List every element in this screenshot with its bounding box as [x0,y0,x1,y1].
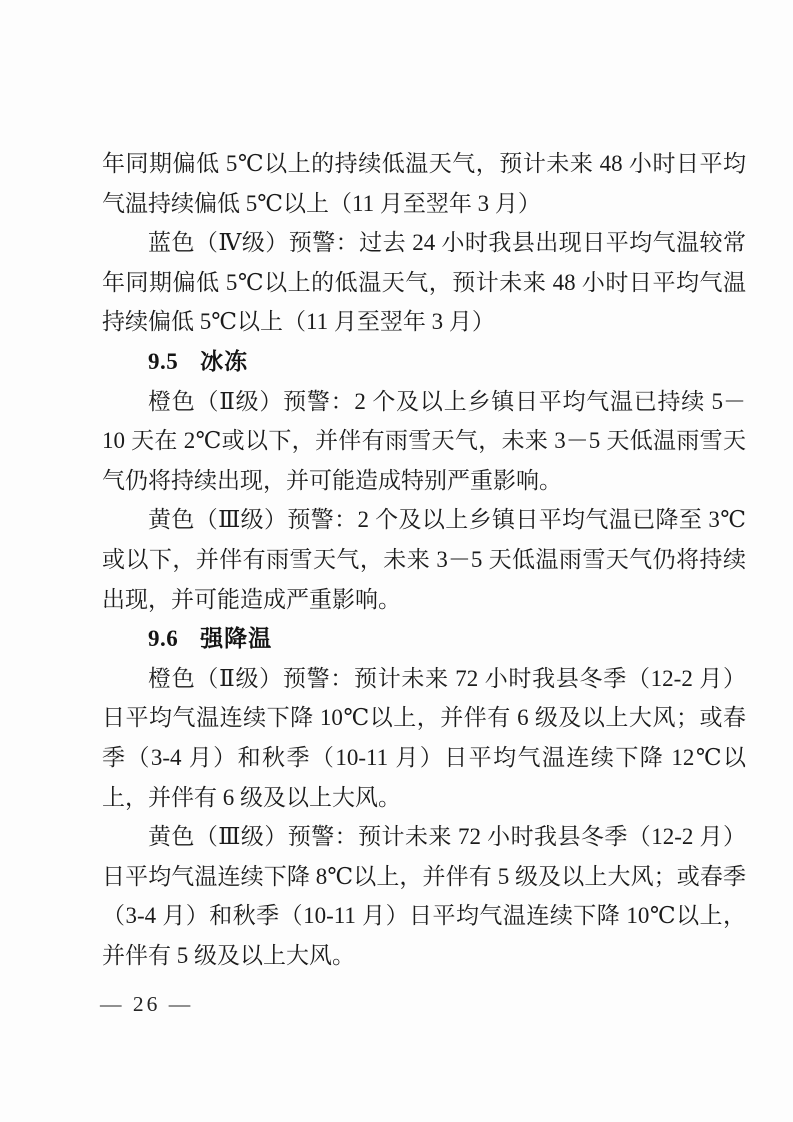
section-number: 9.5 [148,349,178,374]
document-body: 年同期偏低 5℃以上的持续低温天气，预计未来 48 小时日平均气温持续偏低 5℃… [102,144,746,975]
section-heading-9-6-strong-temp-drop: 9.6强降温 [102,619,746,659]
section-title: 强降温 [200,626,272,651]
section-title: 冰冻 [200,349,248,374]
paragraph-yellow-level3-freeze-warning: 黄色（Ⅲ级）预警：2 个及以上乡镇日平均气温已降至 3℃或以下，并伴有雨雪天气，… [102,500,746,619]
paragraph-orange-level2-temp-drop-warning: 橙色（Ⅱ级）预警：预计未来 72 小时我县冬季（12-2 月）日平均气温连续下降… [102,659,746,817]
document-page: 年同期偏低 5℃以上的持续低温天气，预计未来 48 小时日平均气温持续偏低 5℃… [0,0,793,1122]
paragraph-yellow-level3-temp-drop-warning: 黄色（Ⅲ级）预警：预计未来 72 小时我县冬季（12-2 月）日平均气温连续下降… [102,817,746,975]
paragraph-orange-level2-freeze-warning: 橙色（Ⅱ级）预警：2 个及以上乡镇日平均气温已持续 5－10 天在 2℃或以下，… [102,382,746,501]
paragraph-low-temp-orange-continuation: 年同期偏低 5℃以上的持续低温天气，预计未来 48 小时日平均气温持续偏低 5℃… [102,144,746,223]
page-number: — 26 — [100,991,193,1017]
section-number: 9.6 [148,626,178,651]
paragraph-blue-level4-low-temp-warning: 蓝色（Ⅳ级）预警：过去 24 小时我县出现日平均气温较常年同期偏低 5℃以上的低… [102,223,746,342]
section-heading-9-5-freeze: 9.5冰冻 [102,342,746,382]
